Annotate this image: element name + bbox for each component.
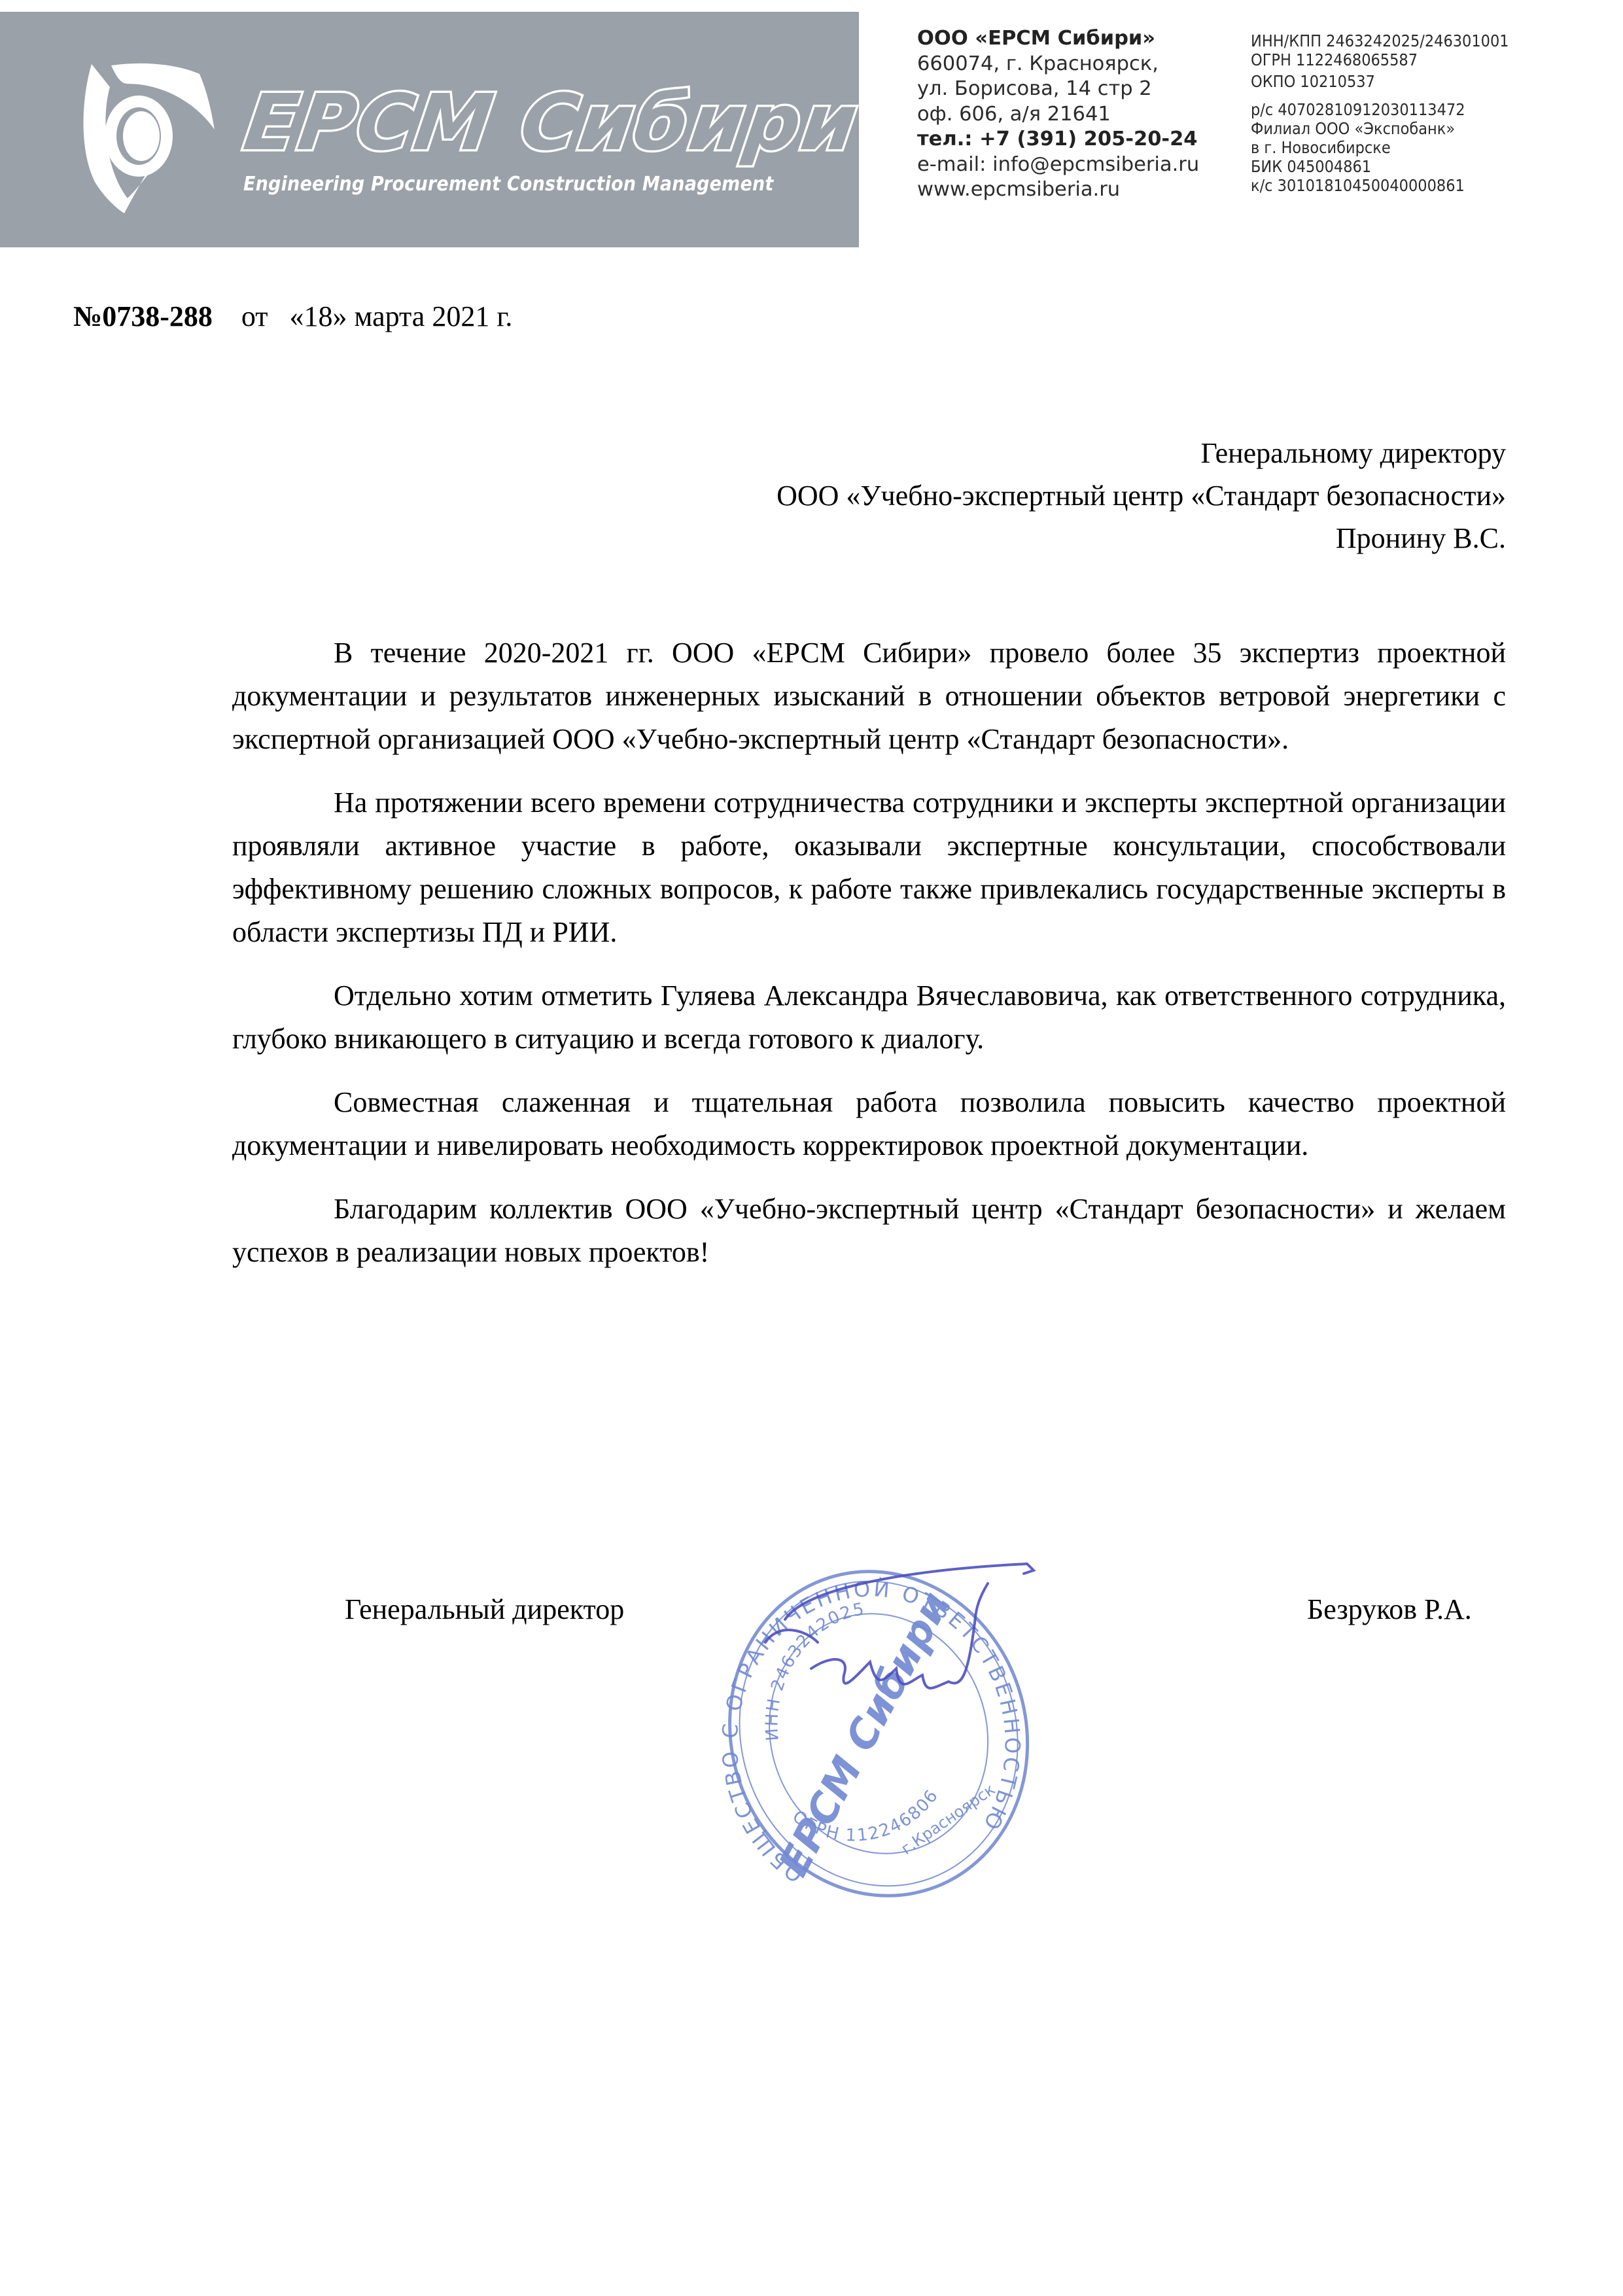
company-seal-stamp-icon: ОБЩЕСТВО С ОГРАНИЧЕННОЙ ОТВЕТСТВЕННОСТЬЮ… (680, 1544, 1073, 1911)
addressee-name: Пронину В.С. (777, 517, 1506, 559)
address-line-2: ул. Борисова, 14 стр 2 (917, 77, 1199, 102)
letter-body: В течение 2020-2021 гг. ООО «ЕРСМ Сибири… (232, 631, 1506, 1294)
phone: тел.: +7 (391) 205-20-24 (917, 127, 1199, 152)
paragraph: В течение 2020-2021 гг. ООО «ЕРСМ Сибири… (232, 631, 1506, 761)
epcm-swirl-logo-icon (65, 58, 216, 215)
paragraph: Совместная слаженная и тщательная работа… (232, 1081, 1506, 1167)
company-contacts: ООО «ЕРСМ Сибири» 660074, г. Красноярск,… (917, 26, 1199, 203)
addressee-block: Генеральному директору ООО «Учебно-экспе… (777, 432, 1506, 559)
inn-kpp: ИНН/КПП 2463242025/246301001 (1251, 31, 1509, 50)
signatory-name: Безруков Р.А. (1307, 1595, 1472, 1624)
company-name: ООО «ЕРСМ Сибири» (917, 26, 1199, 52)
addressee-position: Генеральному директору (777, 432, 1506, 474)
date-prefix: от (241, 300, 268, 332)
letterhead-banner: EPCM Сибири Engineering Procurement Cons… (0, 12, 859, 247)
address-line-3: оф. 606, а/я 21641 (917, 102, 1199, 128)
letter-number: №0738-288 (73, 300, 213, 332)
paragraph: На протяжении всего времени сотрудничест… (232, 781, 1506, 954)
corr-account: к/с 30101810450040000861 (1251, 176, 1509, 195)
logo-tagline: Engineering Procurement Construction Man… (243, 173, 774, 196)
bank-city: в г. Новосибирске (1251, 138, 1509, 157)
addressee-organization: ООО «Учебно-экспертный центр «Стандарт б… (777, 474, 1506, 517)
bik: БИК 045004861 (1251, 157, 1509, 176)
letter-reference: №0738-288 от «18» марта 2021 г. (73, 302, 512, 331)
bank-name: Филиал ООО «Экспобанк» (1251, 119, 1509, 138)
paragraph: Отдельно хотим отметить Гуляева Александ… (232, 974, 1506, 1061)
signatory-position: Генеральный директор (345, 1595, 624, 1624)
address-line-1: 660074, г. Красноярск, (917, 52, 1199, 77)
logo-title-cyrillic: Сибири (515, 77, 864, 168)
bank-account: р/с 40702810912030113472 (1251, 100, 1509, 119)
letter-date: «18» марта 2021 г. (290, 300, 513, 332)
okpo: ОКПО 10210537 (1251, 72, 1509, 91)
logo-title-latin: EPCM (239, 77, 500, 168)
ogrn: ОГРН 1122468065587 (1251, 50, 1509, 69)
email: e-mail: info@epcmsiberia.ru (917, 152, 1199, 178)
company-requisites: ИНН/КПП 2463242025/246301001 ОГРН 112246… (1251, 31, 1509, 195)
website: www.epcmsiberia.ru (917, 177, 1199, 203)
logo-title: EPCM Сибири (240, 84, 863, 161)
paragraph: Благодарим коллектив ООО «Учебно-эксперт… (232, 1188, 1506, 1274)
